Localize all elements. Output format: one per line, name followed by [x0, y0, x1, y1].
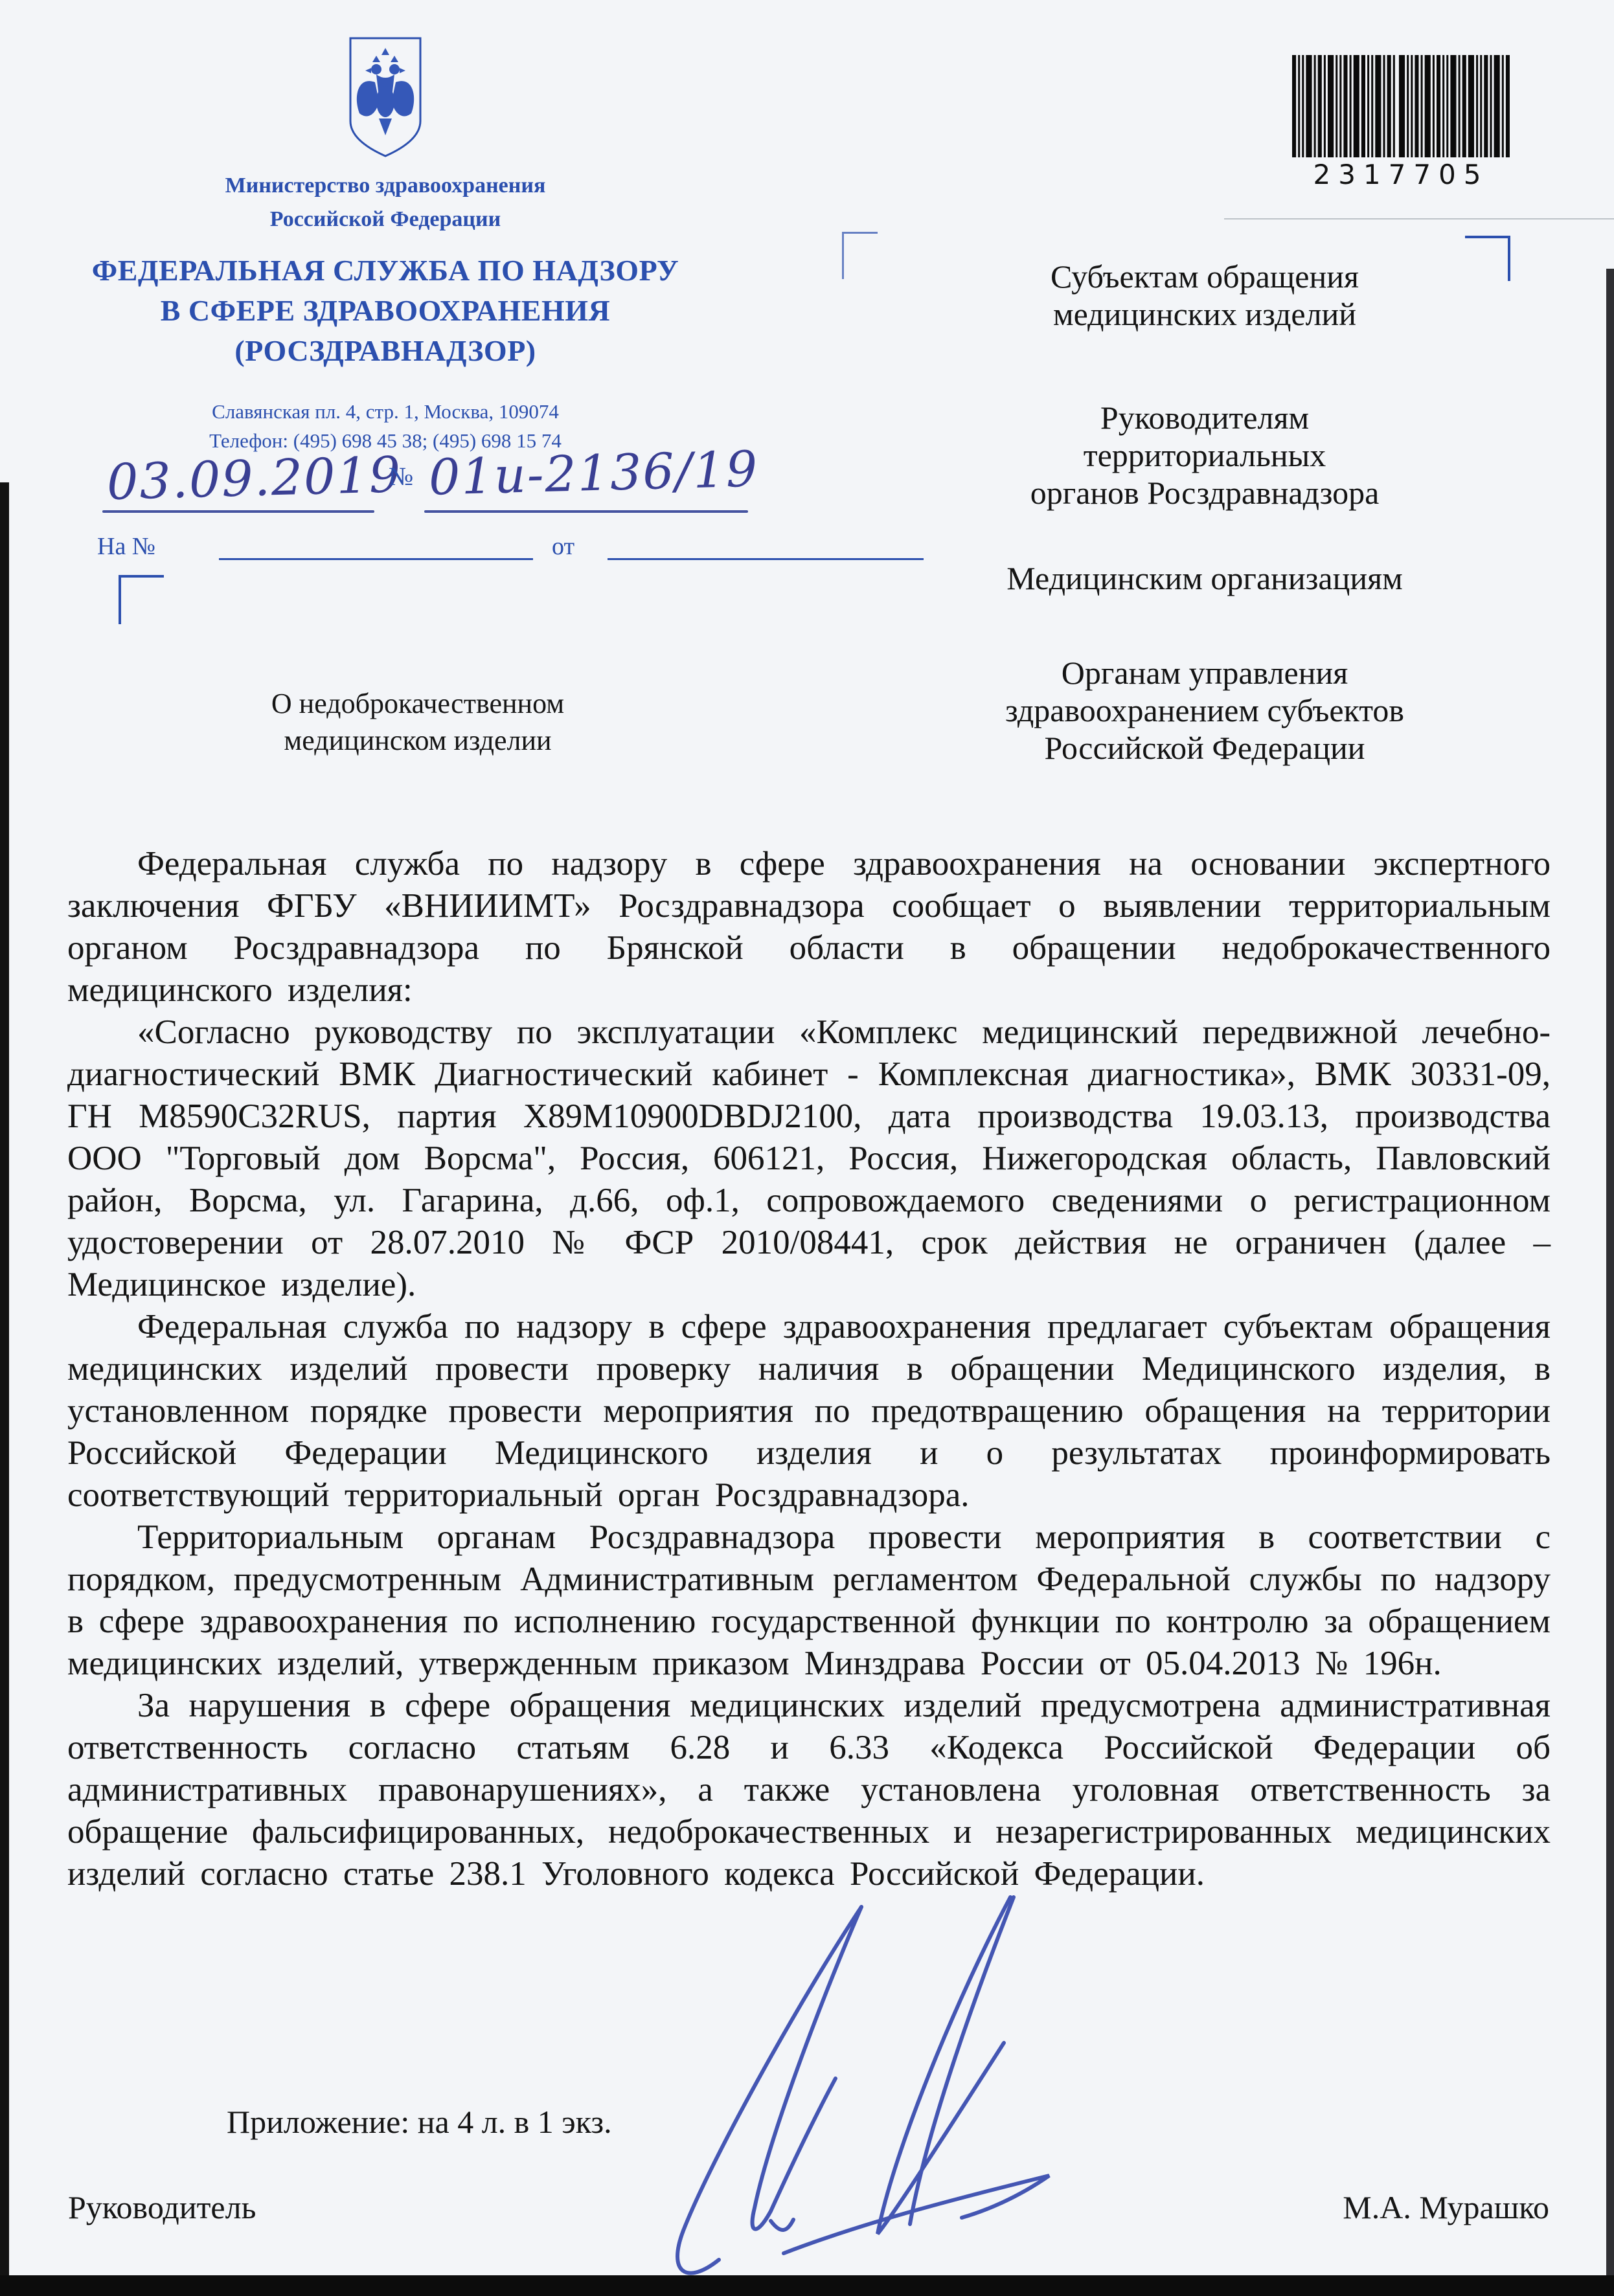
attachment-note: Приложение: на 4 л. в 1 экз.	[227, 2103, 612, 2141]
scan-edge-right	[1606, 269, 1614, 2275]
scan-edge-left	[0, 482, 9, 2296]
scanned-letter-page: Министерство здравоохранения Российской …	[0, 0, 1614, 2296]
service-line2: В СФЕРЕ ЗДРАВООХРАНЕНИЯ	[78, 291, 693, 331]
service-line3: (РОСЗДРАВНАДЗОР)	[78, 331, 693, 371]
letterhead: Министерство здравоохранения Российской …	[78, 36, 693, 455]
number-sign-label: №	[389, 461, 413, 491]
signature-icon	[557, 1871, 1153, 2286]
signer-title: Руководитель	[68, 2189, 256, 2226]
addressee-line: Руководителям	[959, 399, 1451, 436]
reply-from-label: от	[552, 532, 574, 561]
addressee-line: медицинских изделий	[959, 295, 1451, 333]
signer-name: М.А. Мурашко	[1343, 2189, 1549, 2226]
addressee-line: Субъектам обращения	[959, 258, 1451, 295]
addressee-line: Органам управления	[959, 654, 1451, 692]
reply-date-blank-line	[608, 558, 924, 560]
reply-number-blank-line	[219, 558, 533, 560]
handwritten-number: 01и-2136/19	[428, 440, 759, 506]
addressee-group: Органам управления здравоохранением субъ…	[959, 654, 1451, 767]
ministry-line2: Российской Федерации	[78, 203, 693, 236]
addressee-line: здравоохранением субъектов	[959, 692, 1451, 729]
addressee-group: Руководителям территориальных органов Ро…	[959, 399, 1451, 512]
date-underline	[102, 510, 374, 513]
addressee-line: органов Росздравнадзора	[959, 474, 1451, 512]
address-frame-corner-right	[1465, 236, 1510, 281]
addressee-line: Медицинским организациям	[959, 559, 1451, 597]
addressee-block: Субъектам обращения медицинских изделий …	[959, 258, 1451, 767]
barcode-number: 2317705	[1292, 159, 1510, 190]
ministry-name: Министерство здравоохранения Российской …	[78, 169, 693, 236]
scan-artifact-line	[1224, 218, 1614, 219]
service-name: ФЕДЕРАЛЬНАЯ СЛУЖБА ПО НАДЗОРУ В СФЕРЕ ЗД…	[78, 251, 693, 371]
body-paragraph: Территориальным органам Росздравнадзора …	[67, 1516, 1551, 1685]
barcode-block: 2317705	[1292, 55, 1510, 190]
body-paragraph: За нарушения в сфере обращения медицинск…	[67, 1685, 1551, 1895]
addressee-line: Российской Федерации	[959, 729, 1451, 767]
body-paragraph: «Согласно руководству по эксплуатации «К…	[67, 1011, 1551, 1306]
addressee-group: Медицинским организациям	[959, 559, 1451, 597]
addressee-line: территориальных	[959, 436, 1451, 474]
address-frame-corner-left	[842, 232, 878, 279]
subject-line1: О недоброкачественном	[155, 685, 680, 722]
subject-line2: медицинском изделии	[155, 722, 680, 759]
body-paragraph: Федеральная служба по надзору в сфере зд…	[67, 1306, 1551, 1516]
frame-corner-bottom-left	[119, 575, 164, 624]
ministry-line1: Министерство здравоохранения	[78, 169, 693, 203]
reply-to-label: На №	[97, 532, 155, 561]
letter-body: Федеральная служба по надзору в сфере зд…	[67, 843, 1551, 1895]
number-underline	[424, 510, 748, 513]
letterhead-address: Славянская пл. 4, стр. 1, Москва, 109074	[78, 397, 693, 426]
addressee-group: Субъектам обращения медицинских изделий	[959, 258, 1451, 333]
coat-of-arms-icon	[346, 36, 425, 159]
service-line1: ФЕДЕРАЛЬНАЯ СЛУЖБА ПО НАДЗОРУ	[78, 251, 693, 291]
barcode-icon	[1292, 55, 1510, 157]
handwritten-date: 03.09.2019	[106, 445, 402, 511]
subject-block: О недоброкачественном медицинском издели…	[155, 685, 680, 759]
body-paragraph: Федеральная служба по надзору в сфере зд…	[67, 843, 1551, 1011]
